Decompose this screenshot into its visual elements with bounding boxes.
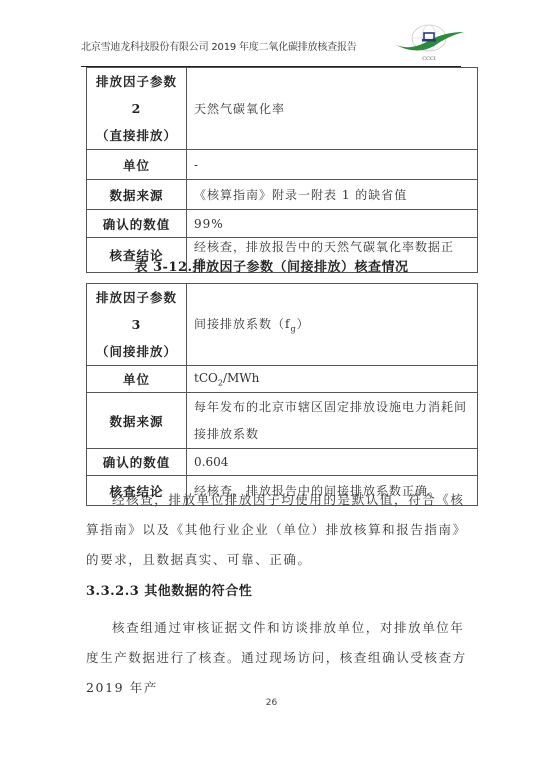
page-number: 26: [0, 698, 543, 708]
table-row: 数据来源 《核算指南》附录一附表 1 的缺省值: [87, 180, 478, 210]
table-row: 确认的数值 0.604: [87, 449, 478, 476]
row-value: 0.604: [187, 449, 478, 476]
table-row: 排放因子参数 2 （直接排放） 天然气碳氧化率: [87, 68, 478, 150]
row-key: 单位: [87, 150, 187, 180]
row-value: 天然气碳氧化率: [187, 68, 478, 150]
conclusion-paragraph: 经核查，排放单位排放因子均使用的是默认值，符合《核算指南》以及《其他行业企业（单…: [86, 485, 478, 575]
section-paragraph: 核查组通过审核证据文件和访谈排放单位，对排放单位年度生产数据进行了核查。通过现场…: [86, 613, 478, 703]
svg-text:CCCI: CCCI: [422, 56, 435, 62]
row-value: 99%: [187, 210, 478, 238]
document-header-title: 北京雪迪龙科技股份有限公司 2019 年度二氧化碳排放核查报告: [81, 38, 357, 53]
emission-factor-3-table: 排放因子参数 3 （间接排放） 间接排放系数（fg） 单位 tCO2/MWh 数…: [86, 283, 478, 506]
key-line-1: 排放因子参数 3: [94, 284, 179, 338]
key-line-1: 排放因子参数 2: [94, 68, 179, 122]
row-key: 排放因子参数 2 （直接排放）: [87, 68, 187, 150]
row-value: 每年发布的北京市辖区固定排放设施电力消耗间接排放系数: [187, 393, 478, 449]
emission-factor-2-table: 排放因子参数 2 （直接排放） 天然气碳氧化率 单位 - 数据来源 《核算指南》…: [86, 67, 478, 273]
value-text: ）: [297, 317, 310, 331]
row-value: -: [187, 150, 478, 180]
row-key: 单位: [87, 366, 187, 393]
row-key: 数据来源: [87, 393, 187, 449]
row-key: 确认的数值: [87, 210, 187, 238]
table-row: 数据来源 每年发布的北京市辖区固定排放设施电力消耗间接排放系数: [87, 393, 478, 449]
table-row: 单位 tCO2/MWh: [87, 366, 478, 393]
row-value: tCO2/MWh: [187, 366, 478, 393]
row-key: 确认的数值: [87, 449, 187, 476]
ccci-logo-icon: CCCI: [390, 22, 468, 64]
value-text: 间接排放系数（f: [194, 317, 290, 331]
table-row: 单位 -: [87, 150, 478, 180]
row-key: 排放因子参数 3 （间接排放）: [87, 284, 187, 366]
key-line-2: （间接排放）: [94, 338, 179, 365]
value-text: tCO: [194, 371, 218, 385]
row-key: 数据来源: [87, 180, 187, 210]
row-value: 间接排放系数（fg）: [187, 284, 478, 366]
key-line-2: （直接排放）: [94, 122, 179, 149]
value-text: /MWh: [223, 371, 259, 385]
section-heading: 3.3.2.3 其他数据的符合性: [86, 580, 252, 599]
row-value: 《核算指南》附录一附表 1 的缺省值: [187, 180, 478, 210]
table-row: 确认的数值 99%: [87, 210, 478, 238]
table-caption: 表 3-12.排放因子参数（间接排放）核查情况: [0, 256, 543, 275]
table-row: 排放因子参数 3 （间接排放） 间接排放系数（fg）: [87, 284, 478, 366]
